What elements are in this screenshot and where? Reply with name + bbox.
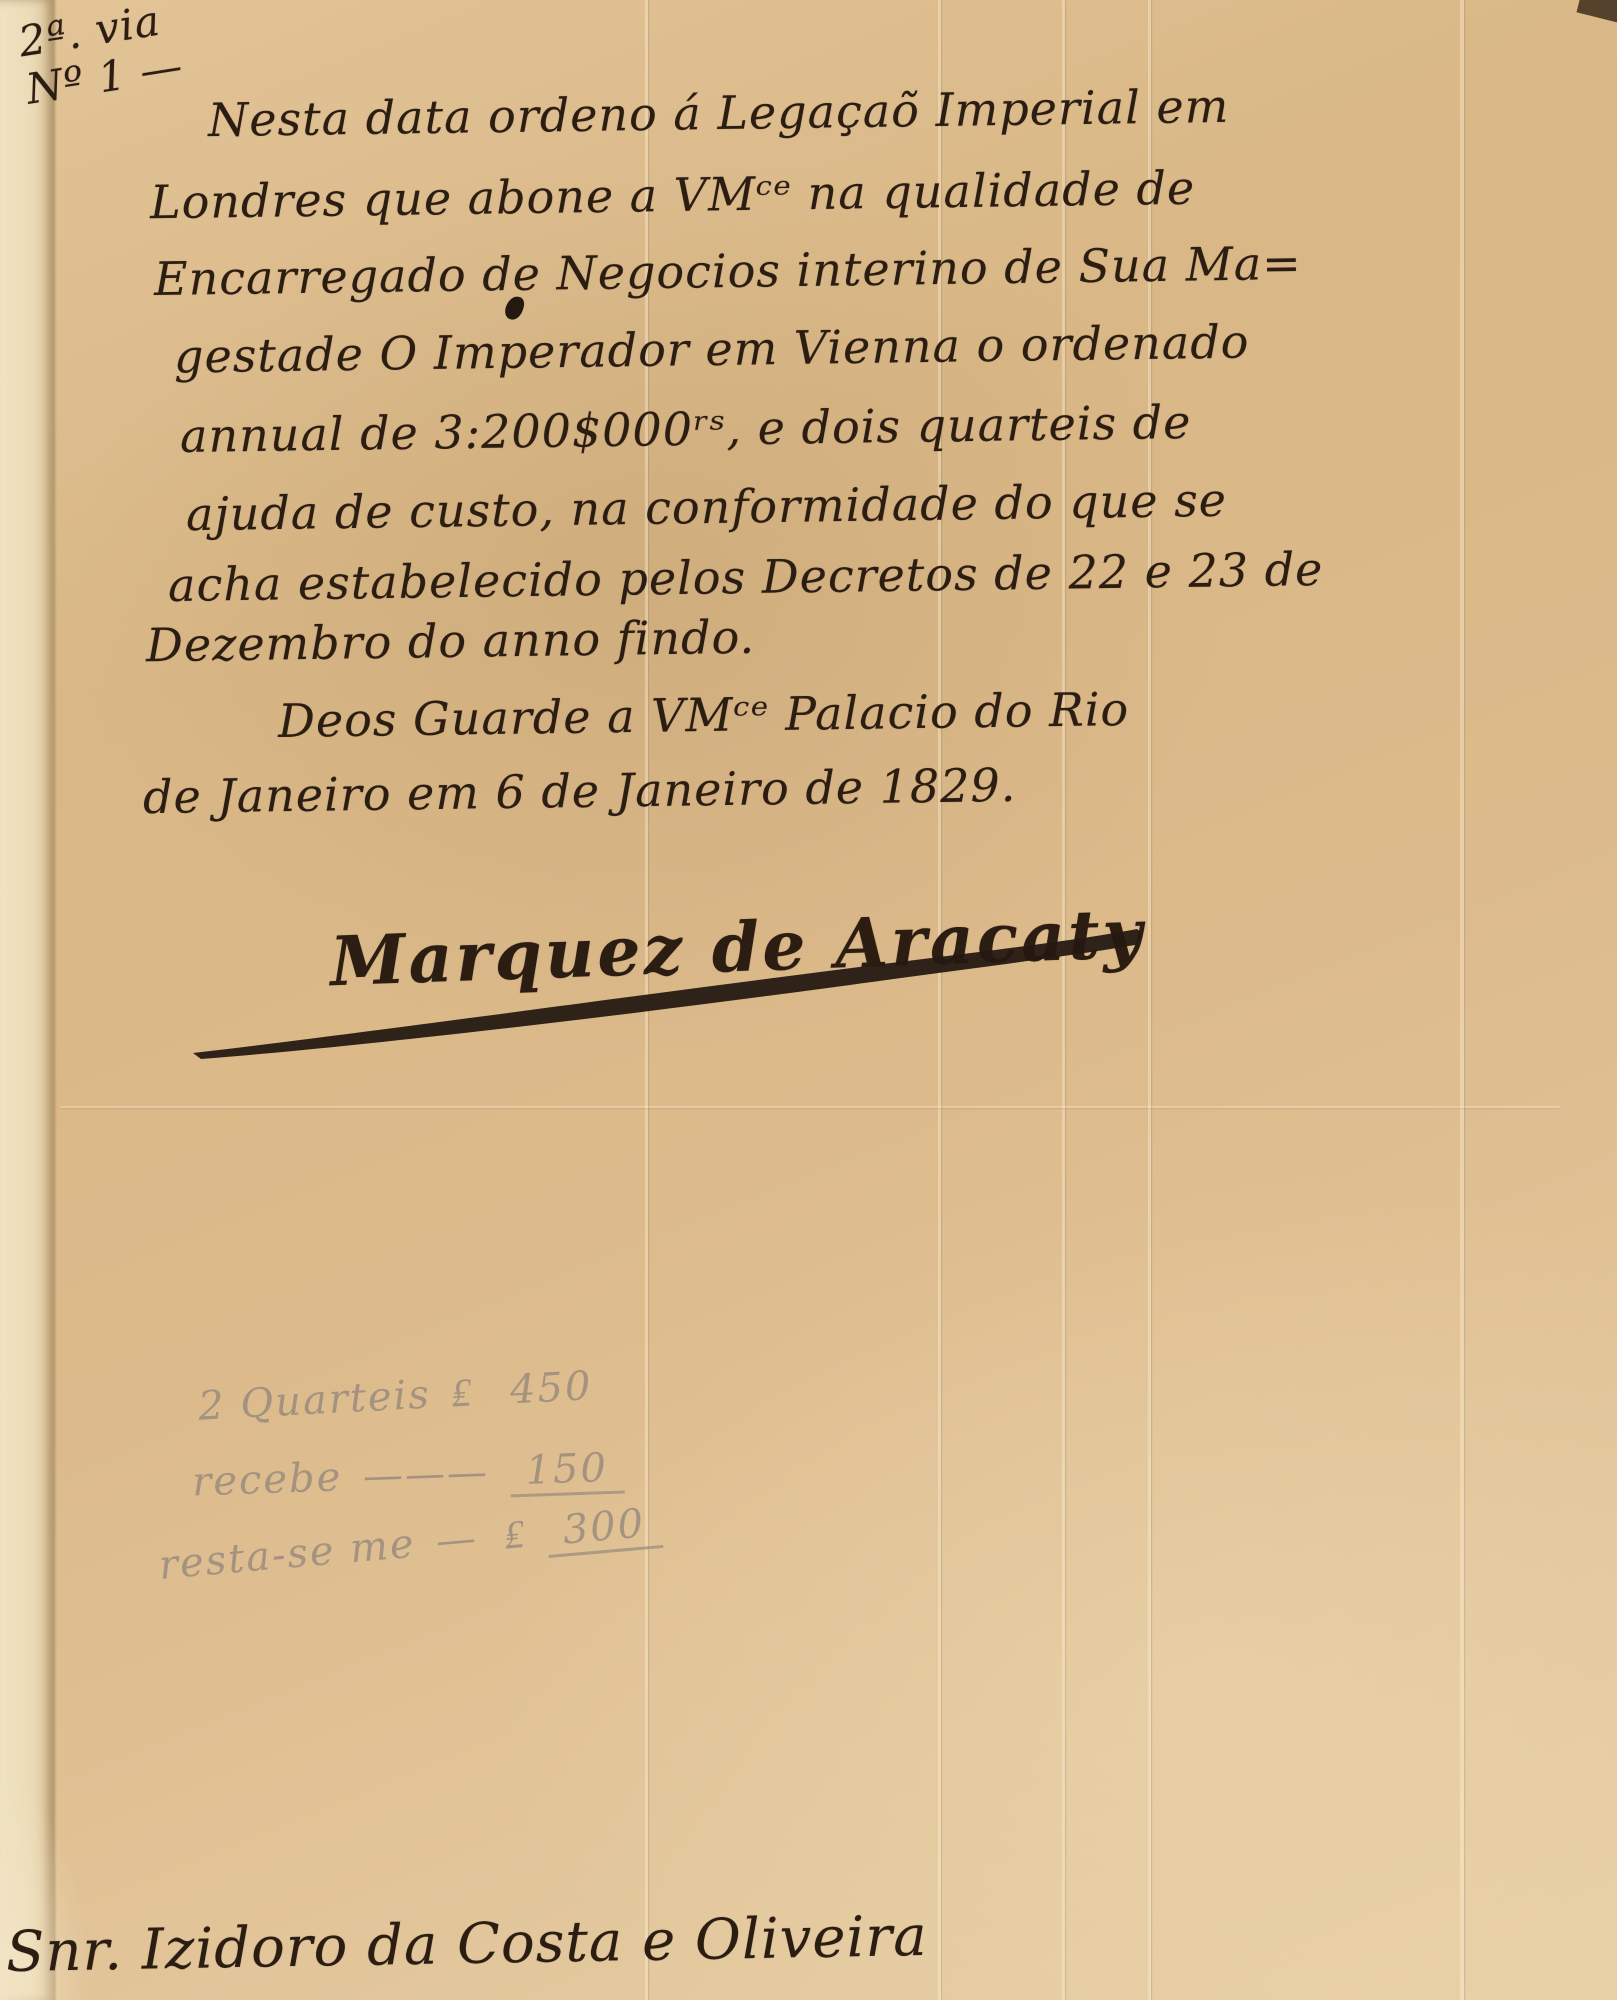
fold-crease (1148, 0, 1151, 2000)
body-line-3: Encarregado de Negocios interino de Sua … (154, 236, 1302, 306)
pencil-note-row-2: recebe ——— 150 (191, 1444, 624, 1505)
copy-number-annotation: 2ª. via Nº 1 — (15, 0, 186, 114)
pencil-note-row-3: resta-se me — ₤ 300 (157, 1498, 663, 1589)
closing-line-1: Deos Guarde a VMᶜᵉ Palacio do Rio (278, 682, 1130, 748)
pencil-label: recebe (191, 1454, 343, 1505)
body-line-1: Nesta data ordeno á Legaçaõ Imperial em (208, 79, 1230, 147)
fold-crease-horizontal (60, 1106, 1560, 1108)
pencil-dash-leader: ——— (356, 1449, 496, 1500)
page-curl-shadow (54, 0, 57, 2000)
signature: Marquez de Aracaty (329, 894, 1147, 1002)
body-line-5: annual de 3:200$000ʳˢ, e dois quarteis d… (180, 395, 1192, 463)
pencil-label: 2 Quarteis (197, 1372, 432, 1430)
closing-line-2: de Janeiro em 6 de Janeiro de 1829. (143, 758, 1017, 824)
pencil-currency-symbol: ₤ (444, 1369, 480, 1417)
fold-crease (645, 0, 648, 2000)
pencil-value: 300 (545, 1499, 663, 1558)
fold-crease (1062, 0, 1065, 2000)
pencil-note-row-1: 2 Quarteis ₤ 450 (197, 1361, 609, 1429)
pencil-currency-symbol: ₤ (496, 1510, 534, 1559)
pencil-label: resta-se me (157, 1521, 417, 1589)
pencil-value: 450 (493, 1362, 610, 1414)
fold-crease (938, 0, 941, 2000)
body-line-4: gestade O Imperador em Vienna o ordenado (174, 314, 1250, 383)
body-line-2: Londres que abone a VMᶜᵉ na qualidade de (150, 161, 1196, 230)
pencil-dash-leader: — (428, 1515, 486, 1566)
pencil-value: 150 (509, 1444, 625, 1497)
body-line-6: ajuda de custo, na conformidade do que s… (186, 473, 1228, 542)
fold-crease (1460, 0, 1464, 2000)
addressee-line: Snr. Izidoro da Costa e Oliveira (6, 1904, 929, 1985)
manuscript-page: 2ª. via Nº 1 — Nesta data ordeno á Legaç… (0, 0, 1617, 2000)
body-line-8: Dezembro do anno findo. (146, 610, 756, 672)
photo-corner-shadow (1577, 0, 1617, 23)
